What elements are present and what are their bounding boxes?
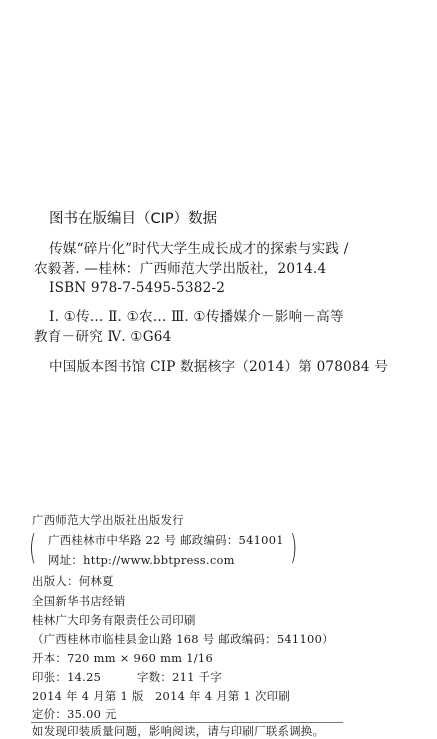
publisher-person: 出版人：何林夏 — [32, 576, 114, 587]
open-bracket: ( — [29, 531, 36, 565]
book-format: 开本：720 mm × 960 mm 1/16 — [32, 653, 213, 664]
printing: 2014 年 4 月第 1 次印刷 — [155, 691, 290, 702]
publisher-website: 网址：http://www.bbtpress.com — [48, 555, 235, 566]
separator-rule — [31, 722, 343, 723]
book-title-line-1: 传媒“碎片化”时代大学生成长成才的探索与实践 / — [49, 243, 348, 257]
printer-address: （广西桂林市临桂县金山路 168 号 邮政编码：541100） — [32, 634, 334, 645]
edition: 2014 年 4 月第 1 版 — [32, 691, 144, 702]
issuer: 广西师范大学出版社出版发行 — [32, 515, 184, 526]
publisher-address: 广西桂林市中华路 22 号 邮政编码：541001 — [48, 535, 284, 546]
cip-record-number: 中国版本图书馆 CIP 数据核字（2014）第 078084 号 — [49, 361, 388, 375]
cip-heading: 图书在版编目（CIP）数据 — [49, 212, 217, 227]
distributor: 全国新华书店经销 — [32, 596, 126, 607]
printer: 桂林广大印务有限责任公司印刷 — [32, 615, 196, 626]
isbn: ISBN 978-7-5495-5382-2 — [49, 282, 225, 296]
book-title-line-2: 农毅著. —桂林：广西师范大学出版社，2014.4 — [34, 263, 326, 277]
close-bracket: ) — [290, 531, 297, 565]
classification-line-2: 教育－研究 Ⅳ. ①G64 — [34, 331, 171, 345]
price: 定价：35.00 元 — [32, 709, 117, 720]
sheets: 印张：14.25 — [32, 672, 101, 683]
classification-line-1: Ⅰ. ①传… Ⅱ. ①农… Ⅲ. ①传播媒介－影响－高等 — [49, 311, 344, 325]
word-count: 字数：211 千字 — [137, 672, 222, 683]
quality-notice: 如发现印装质量问题，影响阅读，请与印刷厂联系调换。 — [32, 726, 324, 737]
